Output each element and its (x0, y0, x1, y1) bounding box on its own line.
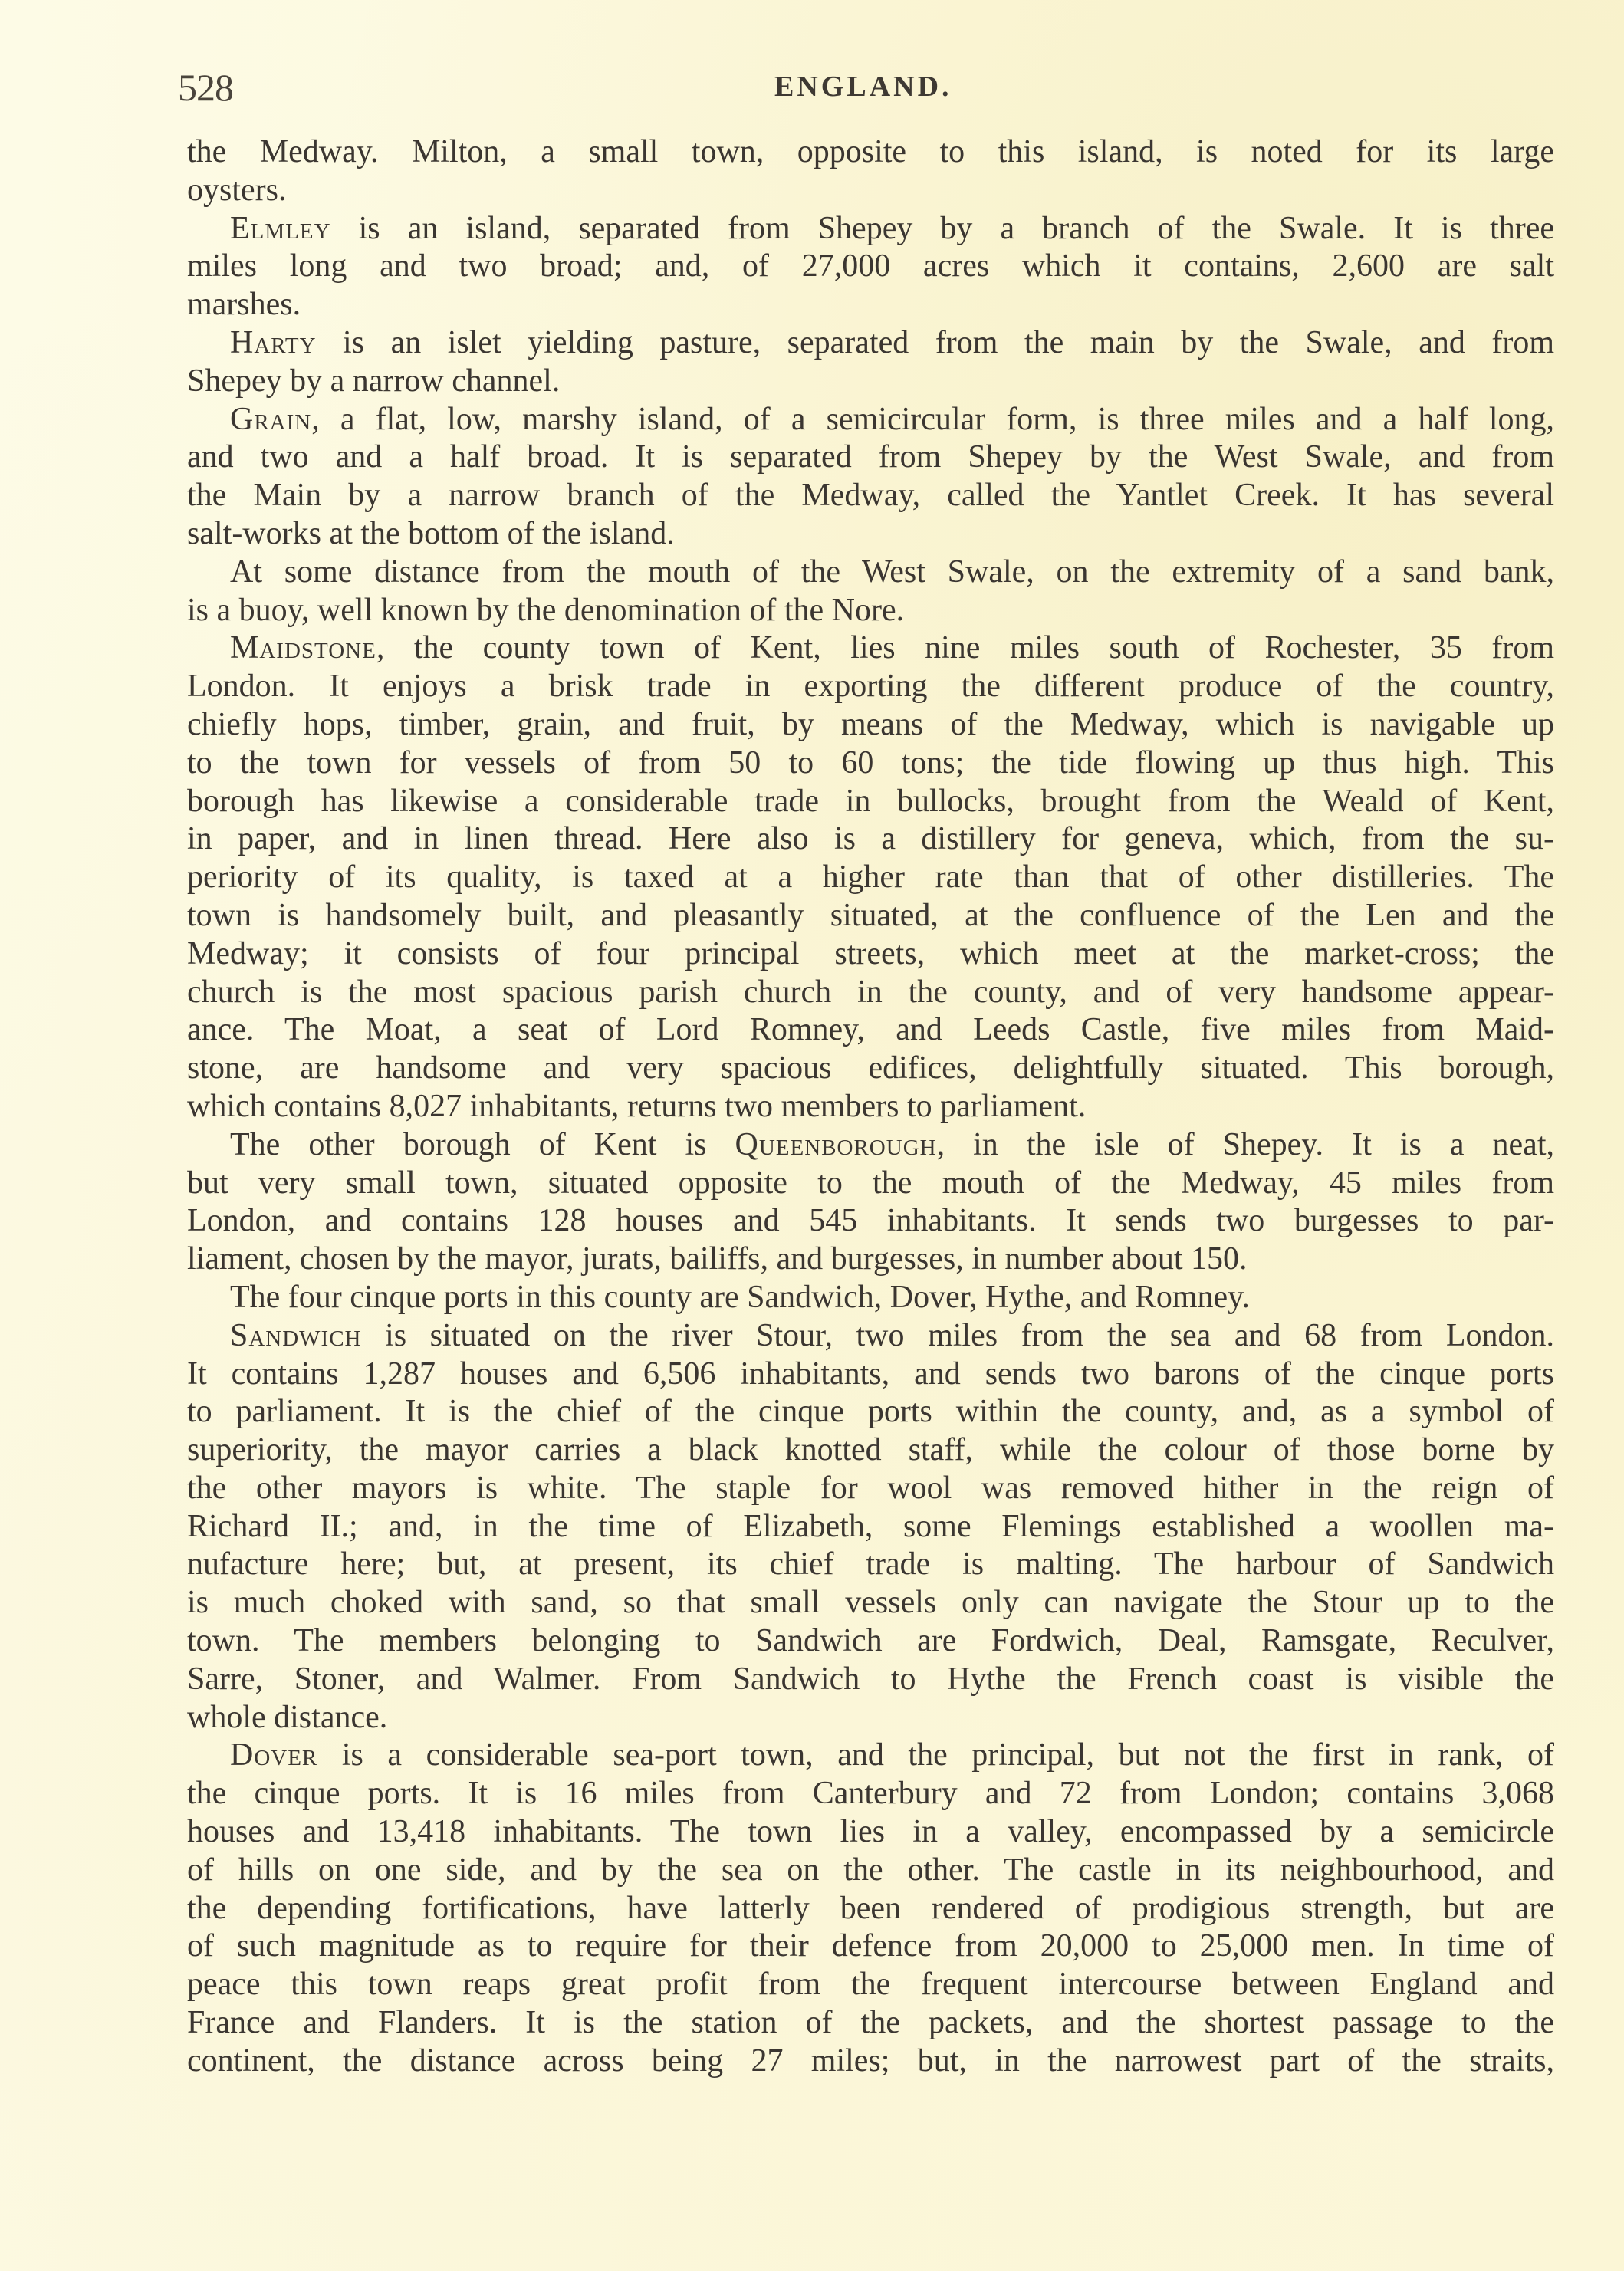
line-text: to the town for vessels of from 50 to 60… (187, 745, 1554, 781)
text-line: town. The members belonging to Sandwich … (187, 1622, 1554, 1661)
text-line: to parliament. It is the chief of the ci… (187, 1393, 1554, 1431)
line-text: ance. The Moat, a seat of Lord Romney, a… (187, 1012, 1554, 1047)
text-line: but very small town, situated opposite t… (187, 1165, 1554, 1203)
text-line: Dover is a considerable sea-port town, a… (187, 1737, 1554, 1775)
text-line: to the town for vessels of from 50 to 60… (187, 744, 1554, 783)
text-line: The four cinque ports in this county are… (187, 1279, 1554, 1317)
line-text: is a considerable sea-port town, and the… (317, 1737, 1554, 1773)
line-text: is an islet yielding pasture, separated … (317, 325, 1554, 360)
text-line: town is handsomely built, and pleasantly… (187, 897, 1554, 935)
text-line: the depending fortifications, have latte… (187, 1890, 1554, 1928)
text-line: in paper, and in linen thread. Here also… (187, 820, 1554, 859)
line-text: At some distance from the mouth of the W… (230, 554, 1554, 590)
text-line: Shepey by a narrow channel. (187, 363, 1554, 401)
text-line: The other borough of Kent is Queenboroug… (187, 1126, 1554, 1165)
text-line: and two and a half broad. It is separate… (187, 439, 1554, 477)
line-text: peace this town reaps great profit from … (187, 1967, 1554, 2002)
line-text: periority of its quality, is taxed at a … (187, 859, 1554, 895)
line-text: , in the isle of Shepey. It is a neat, (937, 1127, 1554, 1162)
text-line: whole distance. (187, 1699, 1554, 1737)
place-name-small-caps: Sandwich (230, 1318, 362, 1353)
text-line: salt-works at the bottom of the island. (187, 515, 1554, 554)
line-text: of such magnitude as to require for thei… (187, 1928, 1554, 1964)
text-line: ance. The Moat, a seat of Lord Romney, a… (187, 1011, 1554, 1050)
line-text: whole distance. (187, 1700, 387, 1735)
line-text: and two and a half broad. It is separate… (187, 439, 1554, 475)
line-text: salt-works at the bottom of the island. (187, 516, 675, 551)
line-text: the cinque ports. It is 16 miles from Ca… (187, 1776, 1554, 1811)
page-number: 528 (178, 64, 233, 110)
line-text: is an island, separated from Shepey by a… (331, 211, 1554, 246)
text-line: the cinque ports. It is 16 miles from Ca… (187, 1775, 1554, 1813)
line-text: to parliament. It is the chief of the ci… (187, 1394, 1554, 1429)
text-line: church is the most spacious parish churc… (187, 974, 1554, 1012)
text-line: the Main by a narrow branch of the Medwa… (187, 477, 1554, 515)
text-line: borough has likewise a considerable trad… (187, 783, 1554, 821)
text-line: is a buoy, well known by the denominatio… (187, 592, 1554, 630)
text-line: of such magnitude as to require for thei… (187, 1928, 1554, 1966)
line-text: London, and contains 128 houses and 545 … (187, 1203, 1554, 1238)
text-line: Sarre, Stoner, and Walmer. From Sandwich… (187, 1661, 1554, 1699)
line-text: the Medway. Milton, a small town, opposi… (187, 134, 1554, 169)
line-text: chiefly hops, timber, grain, and fruit, … (187, 707, 1554, 742)
place-name-small-caps: Dover (230, 1737, 317, 1773)
line-text: stone, are handsome and very spacious ed… (187, 1050, 1554, 1086)
text-line: stone, are handsome and very spacious ed… (187, 1050, 1554, 1088)
line-text: town is handsomely built, and pleasantly… (187, 898, 1554, 933)
text-line: the Medway. Milton, a small town, opposi… (187, 133, 1554, 172)
place-name-small-caps: Grain (230, 402, 311, 437)
text-line: which contains 8,027 inhabitants, return… (187, 1088, 1554, 1126)
line-text: borough has likewise a considerable trad… (187, 784, 1554, 819)
place-name-small-caps: Harty (230, 325, 317, 360)
line-text: Sarre, Stoner, and Walmer. From Sandwich… (187, 1661, 1554, 1697)
line-text: London. It enjoys a brisk trade in expor… (187, 669, 1554, 704)
text-line: It contains 1,287 houses and 6,506 inhab… (187, 1356, 1554, 1394)
line-text: which contains 8,027 inhabitants, return… (187, 1089, 1086, 1124)
text-line: Elmley is an island, separated from Shep… (187, 210, 1554, 248)
line-text: nufacture here; but, at present, its chi… (187, 1546, 1554, 1582)
line-text: liament, chosen by the mayor, jurats, ba… (187, 1241, 1248, 1277)
line-text: the Main by a narrow branch of the Medwa… (187, 478, 1554, 513)
body-text: the Medway. Milton, a small town, opposi… (187, 133, 1554, 2081)
text-line: the other mayors is white. The staple fo… (187, 1470, 1554, 1508)
text-line: periority of its quality, is taxed at a … (187, 859, 1554, 897)
line-text: , a flat, low, marshy island, of a semic… (311, 402, 1554, 437)
place-name-small-caps: Maidstone (230, 630, 376, 666)
line-text: oysters. (187, 173, 287, 208)
text-line: France and Flanders. It is the station o… (187, 2004, 1554, 2043)
line-text: miles long and two broad; and, of 27,000… (187, 248, 1554, 284)
line-text: the depending fortifications, have latte… (187, 1891, 1554, 1926)
running-head: ENGLAND. (774, 67, 952, 106)
text-line: is much choked with sand, so that small … (187, 1584, 1554, 1622)
text-line: Grain, a flat, low, marshy island, of a … (187, 401, 1554, 439)
line-text: houses and 13,418 inhabitants. The town … (187, 1814, 1554, 1849)
line-text: marshes. (187, 287, 301, 322)
line-text: church is the most spacious parish churc… (187, 974, 1554, 1010)
line-text: France and Flanders. It is the station o… (187, 2005, 1554, 2040)
line-text: is a buoy, well known by the denominatio… (187, 593, 904, 628)
line-text: is situated on the river Stour, two mile… (362, 1318, 1554, 1353)
line-text: Richard II.; and, in the time of Elizabe… (187, 1509, 1554, 1544)
text-line: Sandwich is situated on the river Stour,… (187, 1317, 1554, 1356)
text-line: Harty is an islet yielding pasture, sepa… (187, 324, 1554, 363)
text-line: liament, chosen by the mayor, jurats, ba… (187, 1241, 1554, 1279)
line-text: Medway; it consists of four principal st… (187, 936, 1554, 971)
text-line: oysters. (187, 172, 1554, 210)
text-line: nufacture here; but, at present, its chi… (187, 1546, 1554, 1584)
text-line: houses and 13,418 inhabitants. The town … (187, 1813, 1554, 1852)
text-line: At some distance from the mouth of the W… (187, 554, 1554, 592)
line-text: of hills on one side, and by the sea on … (187, 1852, 1554, 1888)
line-text: the other mayors is white. The staple fo… (187, 1471, 1554, 1506)
line-text: , the county town of Kent, lies nine mil… (376, 630, 1554, 666)
text-line: Maidstone, the county town of Kent, lies… (187, 629, 1554, 668)
text-line: Medway; it consists of four principal st… (187, 935, 1554, 974)
text-line: marshes. (187, 286, 1554, 324)
place-name-small-caps: Queenborough (735, 1127, 937, 1162)
text-line: London. It enjoys a brisk trade in expor… (187, 668, 1554, 706)
line-text: continent, the distance across being 27 … (187, 2043, 1554, 2079)
text-line: superiority, the mayor carries a black k… (187, 1431, 1554, 1470)
line-text: town. The members belonging to Sandwich … (187, 1623, 1554, 1658)
place-name-small-caps: Elmley (230, 211, 331, 246)
text-line: London, and contains 128 houses and 545 … (187, 1202, 1554, 1241)
line-text: superiority, the mayor carries a black k… (187, 1432, 1554, 1467)
text-line: chiefly hops, timber, grain, and fruit, … (187, 706, 1554, 744)
line-text: but very small town, situated opposite t… (187, 1165, 1554, 1201)
line-text: Shepey by a narrow channel. (187, 363, 560, 399)
line-text: The other borough of Kent is (230, 1127, 735, 1162)
text-line: continent, the distance across being 27 … (187, 2043, 1554, 2081)
line-text: in paper, and in linen thread. Here also… (187, 821, 1554, 856)
line-text: The four cinque ports in this county are… (230, 1280, 1250, 1315)
line-text: is much choked with sand, so that small … (187, 1585, 1554, 1620)
text-line: Richard II.; and, in the time of Elizabe… (187, 1508, 1554, 1546)
text-line: miles long and two broad; and, of 27,000… (187, 248, 1554, 286)
line-text: It contains 1,287 houses and 6,506 inhab… (187, 1356, 1554, 1392)
text-line: of hills on one side, and by the sea on … (187, 1852, 1554, 1890)
text-line: peace this town reaps great profit from … (187, 1966, 1554, 2004)
